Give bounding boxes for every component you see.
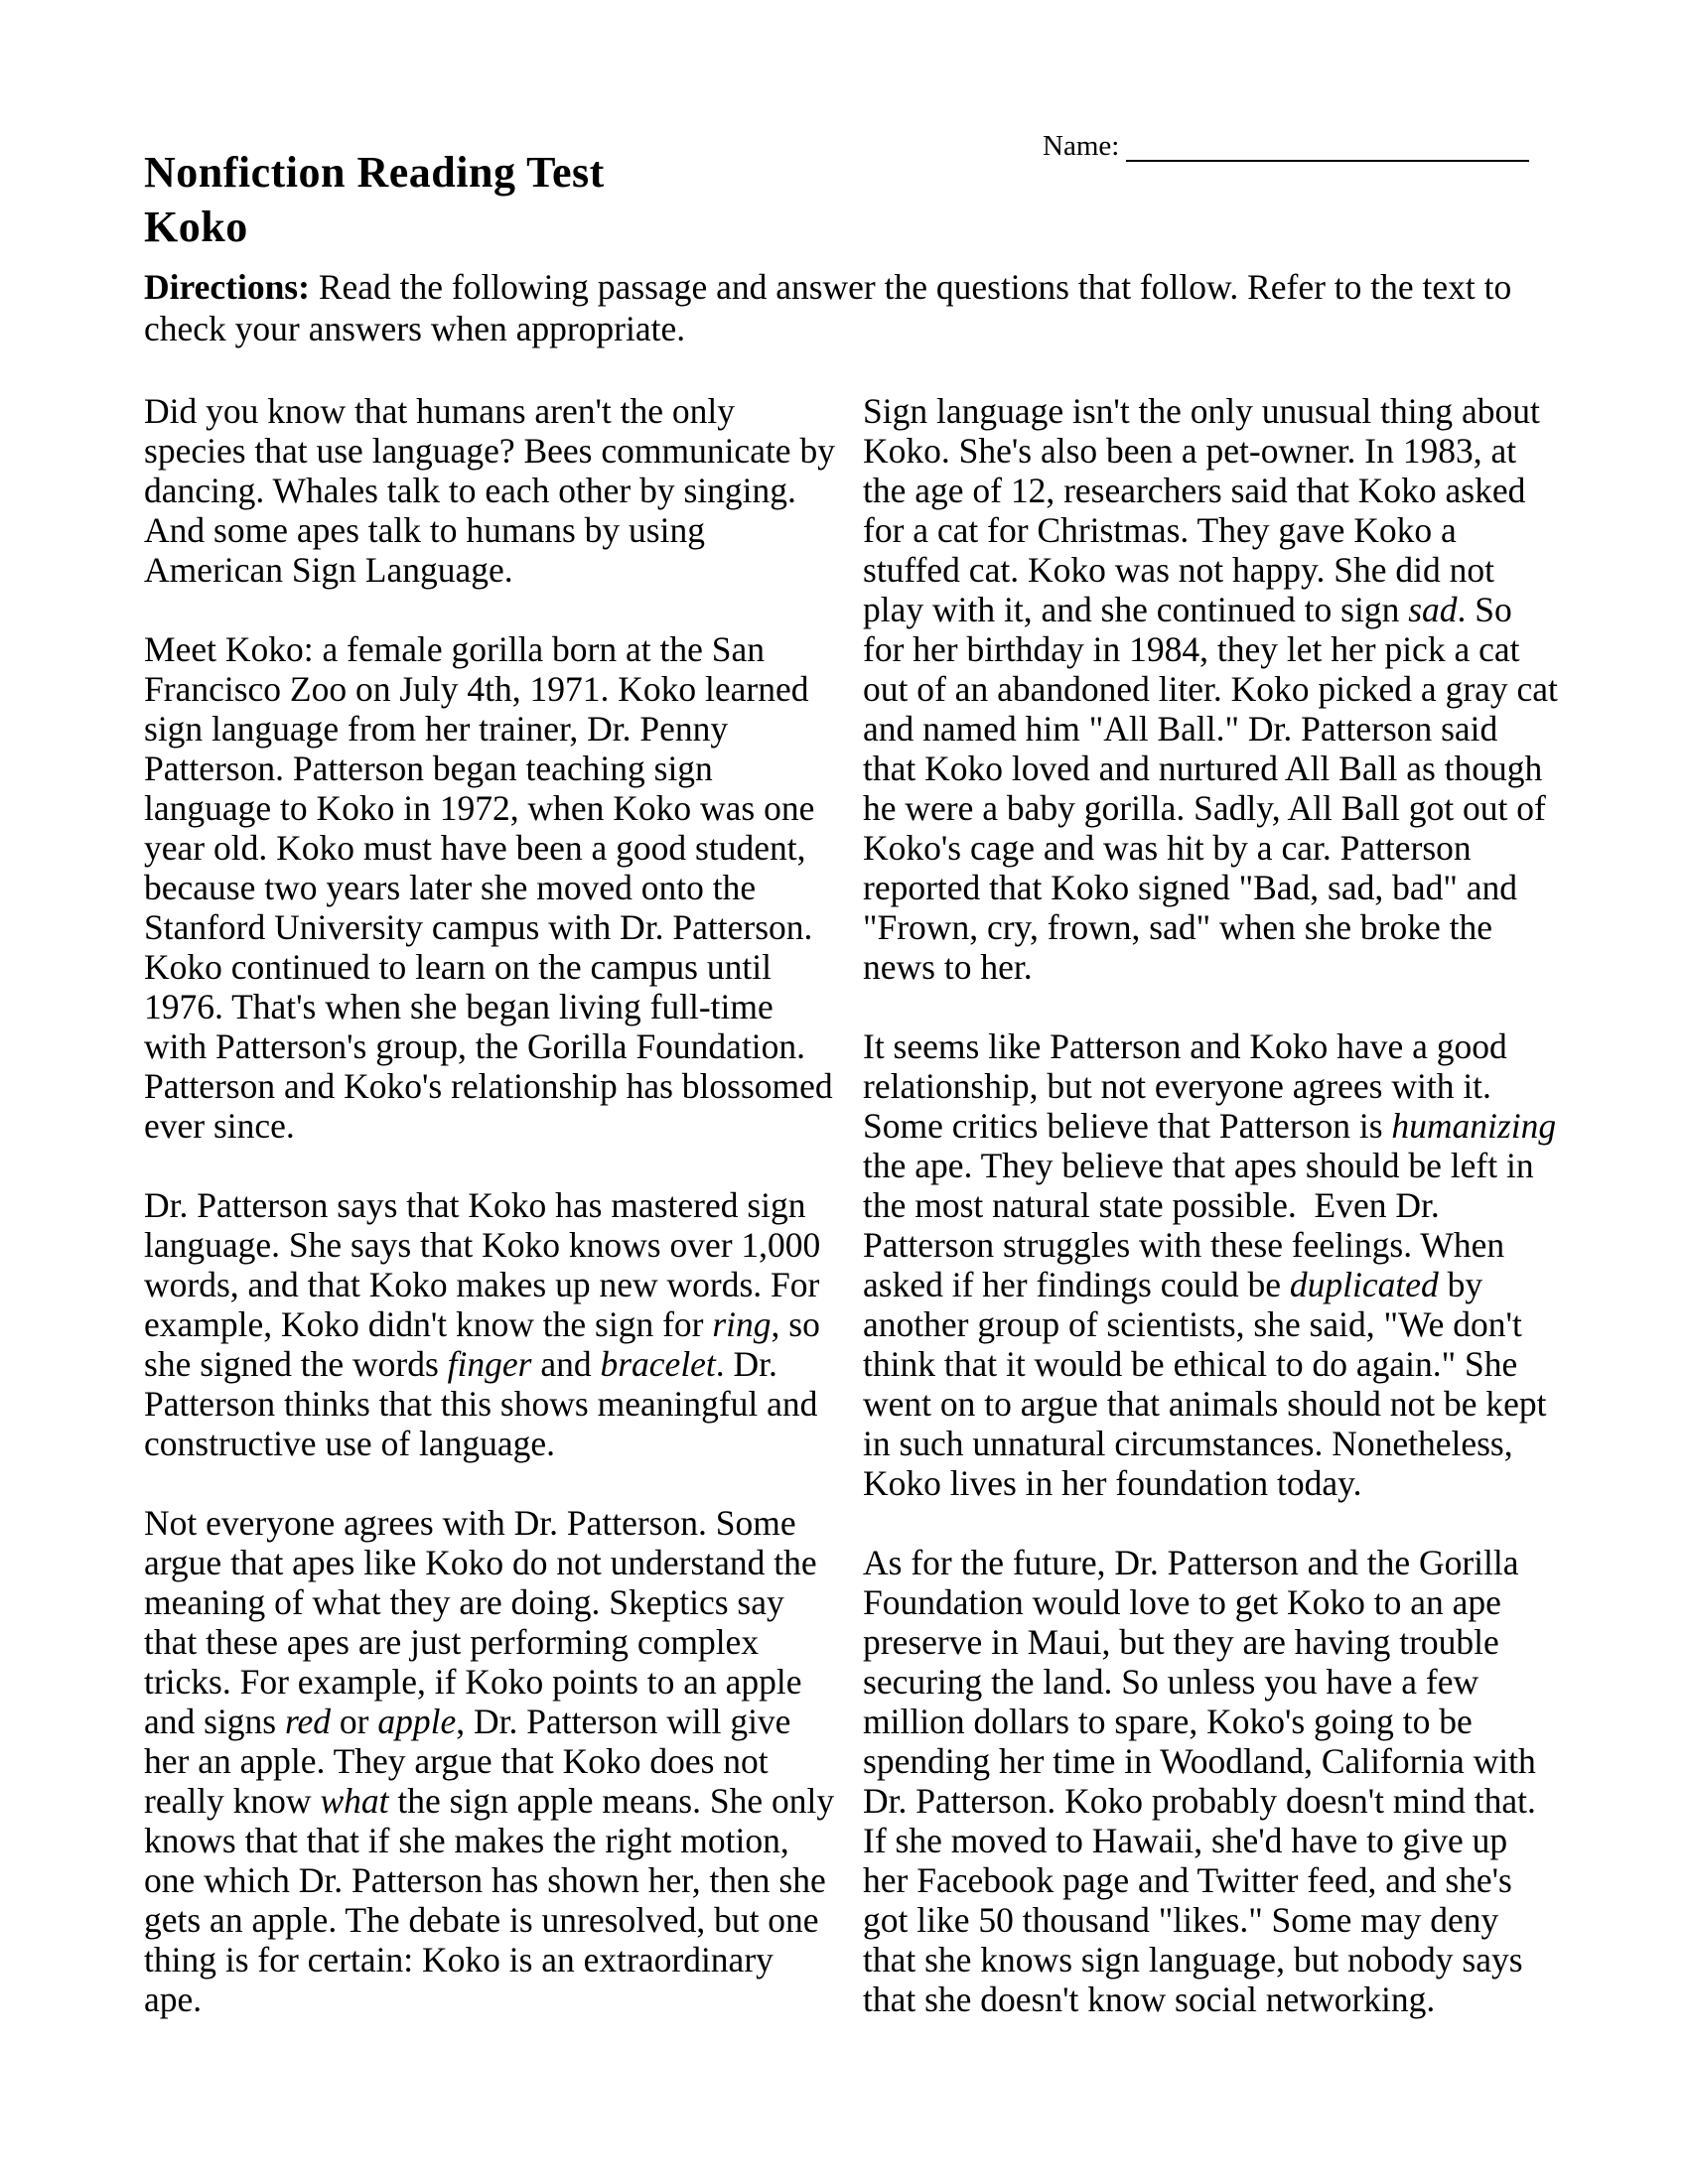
text-run: and [531, 1344, 600, 1384]
italic-term: finger [448, 1344, 532, 1384]
doc-title-line1: Nonfiction Reading Test [144, 145, 605, 200]
italic-term: what [320, 1781, 388, 1821]
paragraph: Meet Koko: a female gorilla born at the … [144, 629, 839, 1146]
directions-label: Directions: [144, 267, 310, 307]
name-label: Name: [1043, 130, 1119, 162]
text-run: Did you know that humans aren't the only… [144, 391, 835, 590]
directions-text: Read the following passage and answer th… [144, 267, 1511, 348]
italic-term: apple [377, 1702, 456, 1741]
text-run: or [331, 1702, 377, 1741]
italic-term: ring [712, 1304, 771, 1344]
directions: Directions: Read the following passage a… [144, 266, 1536, 349]
name-blank-line [1126, 160, 1529, 162]
doc-title: Nonfiction Reading Test Koko [144, 145, 605, 254]
paragraph: Not everyone agrees with Dr. Patterson. … [144, 1503, 839, 2019]
italic-term: sad [1408, 590, 1457, 629]
doc-title-line2: Koko [144, 200, 605, 254]
italic-term: red [285, 1702, 331, 1741]
text-run: . So for her birthday in 1984, they let … [863, 590, 1558, 987]
italic-term: duplicated [1290, 1265, 1439, 1304]
italic-term: humanizing [1391, 1106, 1556, 1146]
paragraph: As for the future, Dr. Patterson and the… [863, 1543, 1558, 2019]
paragraph: Did you know that humans aren't the only… [144, 391, 839, 590]
paragraph: Dr. Patterson says that Koko has mastere… [144, 1185, 839, 1463]
text-run: As for the future, Dr. Patterson and the… [863, 1543, 1536, 2019]
passage-column-left: Did you know that humans aren't the only… [144, 391, 839, 2019]
passage: Did you know that humans aren't the only… [144, 391, 1558, 2019]
passage-column-right: Sign language isn't the only unusual thi… [863, 391, 1558, 2019]
paragraph: Sign language isn't the only unusual thi… [863, 391, 1558, 987]
text-run: Meet Koko: a female gorilla born at the … [144, 629, 833, 1146]
italic-term: bracelet [600, 1344, 715, 1384]
paragraph: It seems like Patterson and Koko have a … [863, 1026, 1558, 1503]
worksheet-page: Name: Nonfiction Reading Test Koko Direc… [0, 0, 1688, 2184]
